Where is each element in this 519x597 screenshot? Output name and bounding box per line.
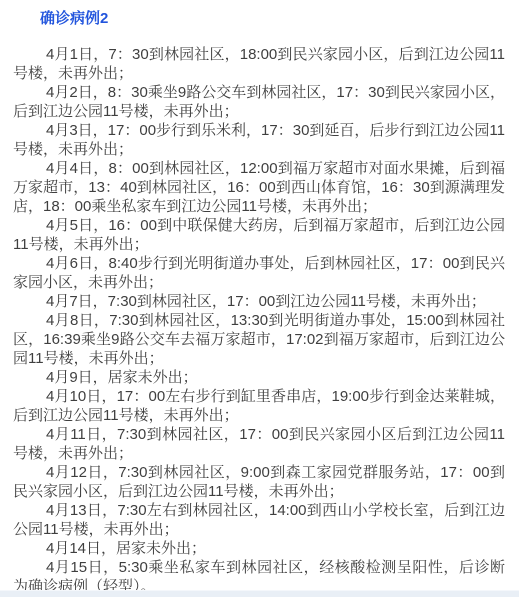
case-entry: 4月13日，7:30左右到林园社区，14:00到西山小学校长室，后到江边公园11… <box>13 501 505 539</box>
case-entry: 4月10日，17：00左右步行到缸里香串店，19:00步行到金达莱鞋城，后到江边… <box>13 387 505 425</box>
article-page: 确诊病例2 4月1日，7：30到林园社区，18:00到民兴家园小区，后到江边公园… <box>0 0 519 597</box>
case-entry: 4月8日，7:30到林园社区，13:30到光明街道办事处，15:00到林园社区，… <box>13 311 505 368</box>
case-entry: 4月9日，居家未外出； <box>13 368 505 387</box>
case-entry: 4月6日，8:40步行到光明街道办事处，后到林园社区，17：00到民兴家园小区，… <box>13 254 505 292</box>
case-entry: 4月11日，7:30到林园社区，17：00到民兴家园小区后到江边公园11号楼，未… <box>13 425 505 463</box>
case-entry: 4月2日，8：30乘坐9路公交车到林园社区，17：30到民兴家园小区，后到江边公… <box>13 83 505 121</box>
case-entry: 4月3日，17：00步行到乐米利，17：30到延百，后步行到江边公园11号楼，未… <box>13 121 505 159</box>
case-entry: 4月12日，7:30到林园社区，9:00到森工家园党群服务站，17：00到民兴家… <box>13 463 505 501</box>
case-entry: 4月1日，7：30到林园社区，18:00到民兴家园小区，后到江边公园11号楼，未… <box>13 45 505 83</box>
case-entry: 4月7日，7:30到林园社区，17：00到江边公园11号楼，未再外出； <box>13 292 505 311</box>
case-entry: 4月14日，居家未外出； <box>13 539 505 558</box>
case-entry: 4月5日，16：00到中联保健大药房，后到福万家超市，后到江边公园11号楼，未再… <box>13 216 505 254</box>
case-entry: 4月4日，8：00到林园社区，12:00到福万家超市对面水果摊，后到福万家超市，… <box>13 159 505 216</box>
bottom-strip <box>0 590 519 597</box>
page-title: 确诊病例2 <box>40 11 519 27</box>
case-timeline: 4月1日，7：30到林园社区，18:00到民兴家园小区，后到江边公园11号楼，未… <box>0 45 519 596</box>
